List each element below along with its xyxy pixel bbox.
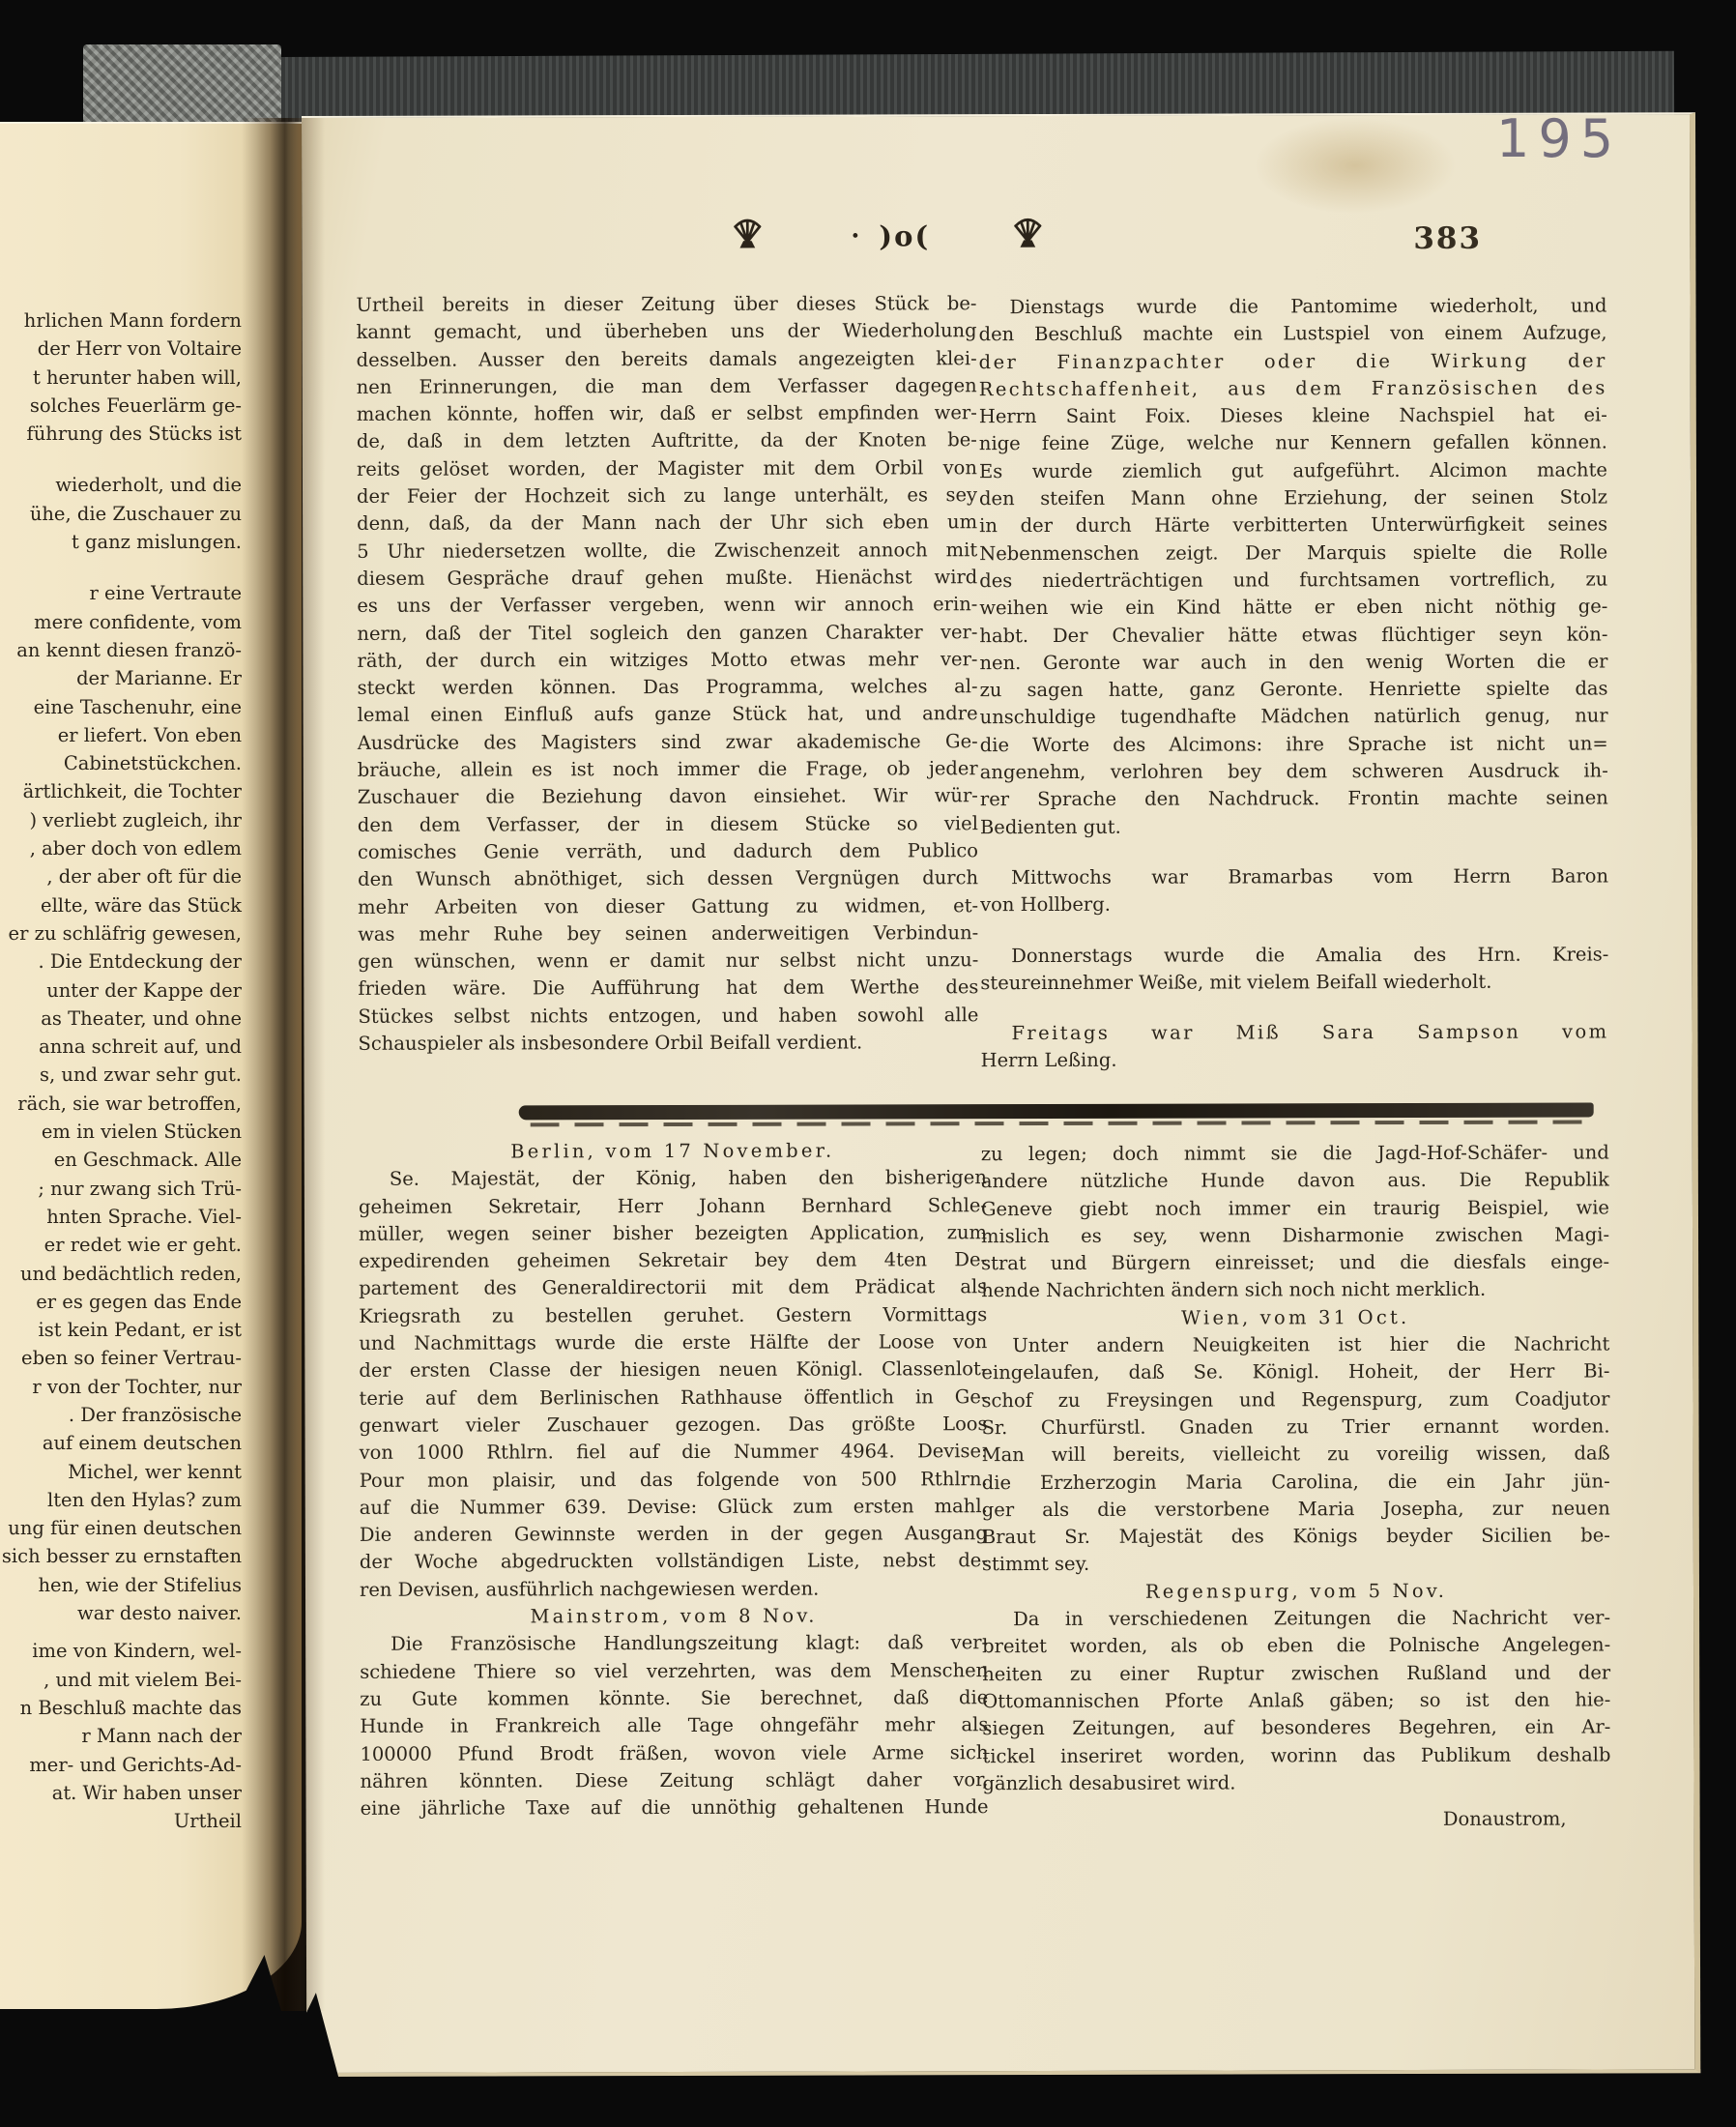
text-line: kannt gemacht, und überheben uns der Wie…: [357, 319, 977, 348]
text-line: expedirenden geheimen Sekretair bey dem …: [359, 1248, 987, 1277]
left-page-text-line: mer- und Gerichts-Ad-: [0, 1754, 246, 1782]
text-line: hende Nachrichten ändern sich noch nicht…: [981, 1278, 1609, 1307]
left-page-text-line: , aber doch von edlem: [0, 837, 246, 865]
handwritten-folio-number: 195: [1496, 108, 1690, 169]
text-line: nähren könnten. Diese Zeitung schlägt da…: [360, 1768, 988, 1797]
left-page-text-line: s, und zwar sehr gut.: [0, 1063, 246, 1092]
left-page-text-line: eben so feiner Vertrau-: [0, 1347, 246, 1375]
text-line: eine jährliche Taxe auf die unnöthig geh…: [361, 1795, 989, 1824]
header-center-mark: )o(: [879, 219, 930, 252]
left-page-text-line: em in vielen Stücken: [0, 1121, 246, 1149]
text-line: nen. Geronte war auch in den wenig Worte…: [979, 650, 1607, 679]
left-page-text-line: , der aber oft für die: [0, 865, 246, 893]
text-line: Herrn Leßing.: [981, 1048, 1609, 1077]
left-page-text-line: eine Taschenuhr, eine: [0, 696, 246, 724]
text-line: müller, wegen seiner bisher bezeigten Ap…: [359, 1221, 987, 1250]
text-line: Unter andern Neuigkeiten ist hier die Na…: [981, 1333, 1609, 1362]
text-line: diesem Gespräche drauf gehen mußte. Hien…: [357, 566, 977, 595]
text-line: ren Devisen, ausführlich nachgewiesen we…: [360, 1577, 988, 1606]
text-line: der Woche abgedruckten vollständigen Lis…: [360, 1550, 988, 1579]
left-page-text-line: und bedächtlich reden,: [0, 1263, 246, 1291]
text-line: heiten zu einer Ruptur zwischen Rußland …: [982, 1661, 1610, 1690]
shell-ornament-icon: [727, 218, 767, 256]
text-line: die Worte des Alcimons: ihre Sprache ist…: [980, 732, 1608, 761]
left-page-text-line: Michel, wer kennt: [0, 1461, 246, 1489]
text-line: Herrn Saint Foix. Dieses kleine Nachspie…: [979, 404, 1607, 433]
left-page-text-line: ist kein Pedant, er ist: [0, 1319, 246, 1347]
text-line: mehr Arbeiten von dieser Gattung zu widm…: [358, 894, 978, 923]
left-page-text-line: solches Feuerlärm ge-: [0, 394, 246, 422]
left-page-text-line: war desto naiver.: [0, 1602, 246, 1630]
left-page-text-line: sich besser zu ernstaften: [0, 1545, 246, 1573]
left-page-text-line: ühe, die Zuschauer zu: [0, 503, 246, 531]
printed-page-number: 383: [1413, 221, 1482, 256]
scanned-book-page: { "colors": { "paper_right": "#ece4cb", …: [0, 0, 1736, 2127]
left-page-text-line: ; nur zwang sich Trü-: [0, 1178, 246, 1206]
text-line: tickel inseriret worden, worinn das Publ…: [982, 1743, 1610, 1772]
text-line: rer Sprache den Nachdruck. Frontin macht…: [980, 787, 1608, 816]
left-page-text-line: er liefert. Von eben: [0, 724, 246, 752]
text-line: der Finanzpachter oder die Wirkung der: [979, 349, 1607, 378]
text-line: 100000 Pfund Brodt fräßen, wovon viele A…: [360, 1741, 988, 1770]
text-line: steureinnehmer Weiße, mit vielem Beifall…: [980, 970, 1608, 999]
left-page-text-line: r von der Tochter, nur: [0, 1376, 246, 1404]
text-line: und Nachmittags wurde die erste Hälfte d…: [359, 1330, 987, 1359]
column-1-upper: Urtheil bereits in dieser Zeitung über d…: [356, 292, 978, 1060]
text-line: die Erzherzogin Maria Carolina, die ein …: [982, 1470, 1610, 1499]
text-line: Freitags war Miß Sara Sampson vom: [980, 1021, 1608, 1050]
text-line: weihen wie ein Kind hätte er eben nicht …: [979, 596, 1607, 625]
text-line: Regenspurg, vom 5 Nov.: [982, 1579, 1610, 1608]
column-2-upper: Dienstags wurde die Pantomime wiederholt…: [978, 294, 1608, 1076]
text-line: Kriegsrath zu bestellen geruhet. Gestern…: [359, 1303, 987, 1332]
left-page-text-line: r Mann nach der: [0, 1725, 246, 1753]
text-line: von 1000 Rthlrn. fiel auf die Nummer 496…: [360, 1440, 988, 1469]
text-line: Zuschauer die Beziehung davon einsiehet.…: [358, 785, 978, 814]
left-page-text-line: räch, sie war betroffen,: [0, 1093, 246, 1121]
left-page-text-line: ) verliebt zugleich, ihr: [0, 809, 246, 837]
text-line: nen Erinnerungen, die man dem Verfasser …: [357, 374, 977, 403]
text-line: strat und Bürgern einreisset; und die di…: [981, 1251, 1609, 1280]
text-line: angenehm, verlohren bey dem schweren Aus…: [980, 760, 1608, 789]
left-page-text-line: . Die Entdeckung der: [0, 950, 246, 978]
text-line: reits gelöset worden, der Magister mit d…: [357, 456, 977, 485]
text-line: den Wunsch abnöthiget, sich dessen Vergn…: [358, 866, 978, 895]
text-line: Die Französische Handlungszeitung klagt:…: [360, 1631, 988, 1660]
left-page-text-line: t ganz mislungen.: [0, 531, 246, 559]
left-page-text-line: at. Wir haben unser: [0, 1782, 246, 1810]
left-page-text-line: ung für einen deutschen: [0, 1517, 246, 1545]
left-page-text-line: wiederholt, und die: [0, 474, 246, 502]
left-page-text-line: anna schreit auf, und: [0, 1035, 246, 1063]
left-page-text-line: r eine Vertraute: [0, 582, 246, 610]
text-line: räth, der durch ein witziges Motto etwas…: [357, 648, 977, 677]
shell-ornament-icon: [1007, 217, 1048, 255]
text-line: den steifen Mann ohne Erziehung, der sei…: [979, 486, 1607, 515]
text-line: Sr. Churfürstl. Gnaden zu Trier ernannt …: [982, 1414, 1610, 1443]
text-line: Wien, vom 31 Oct.: [981, 1305, 1609, 1334]
text-line: Hunde in Frankreich alle Tage ohngefähr …: [360, 1713, 988, 1742]
text-line: Man will bereits, vielleicht zu voreilig…: [982, 1442, 1610, 1471]
left-page-text-line: an kennt diesen franzö-: [0, 639, 246, 667]
left-page-text-line: Urtheil: [0, 1810, 246, 1838]
left-page-text-line: en Geschmack. Alle: [0, 1149, 246, 1177]
text-line: was mehr Ruhe bey seinen anderweitigen V…: [358, 921, 978, 950]
left-page-text-line: auf einem deutschen: [0, 1432, 246, 1460]
left-page-text-line: ellte, wäre das Stück: [0, 894, 246, 922]
text-line: zu legen; doch nimmt sie die Jagd-Hof-Sc…: [981, 1141, 1609, 1170]
text-line: es uns der Verfasser vergeben, wenn wir …: [357, 593, 977, 622]
text-line: Donaustrom,: [983, 1808, 1611, 1837]
text-line: ger als die verstorbene Maria Josepha, z…: [982, 1497, 1610, 1526]
text-line: der ersten Classe der hiesigen neuen Kön…: [359, 1358, 987, 1387]
text-line: gänzlich desabusiret wird.: [982, 1770, 1610, 1799]
text-line: schof zu Freysingen und Regenspurg, zum …: [981, 1387, 1609, 1416]
left-page-text-line: mere confidente, vom: [0, 611, 246, 639]
left-page-text-line: t herunter haben will,: [0, 366, 246, 394]
text-line: machen könnte, hoffen wir, daß er selbst…: [357, 401, 977, 430]
text-line: unschuldige tugendhafte Mädchen natürlic…: [980, 705, 1608, 734]
text-line: denn, daß, da der Mann nach der Uhr sich…: [357, 511, 977, 540]
text-line: von Hollberg.: [980, 892, 1608, 921]
text-line: Braut Sr. Majestät des Königs beyder Sic…: [982, 1525, 1610, 1554]
text-line: Da in verschiedenen Zeitungen die Nachri…: [982, 1607, 1610, 1636]
text-line: Geneve giebt noch immer ein traurig Beis…: [981, 1196, 1609, 1225]
text-line: andere nützliche Hunde davon aus. Die Re…: [981, 1169, 1609, 1198]
text-line: Donnerstags wurde die Amalia des Hrn. Kr…: [980, 943, 1608, 972]
header-separator-dot: ·: [851, 221, 859, 250]
text-line: mislich es sey, wenn Disharmonie zwische…: [981, 1223, 1609, 1252]
text-line: siegen Zeitungen, auf besonderes Begehre…: [982, 1716, 1610, 1745]
text-line: Ausdrücke des Magisters sind zwar akadem…: [358, 730, 978, 759]
text-line: den Beschluß machte ein Lustspiel von ei…: [979, 322, 1607, 351]
text-line: nige feine Züge, welche nur Kennern gefa…: [979, 431, 1607, 460]
left-page-text-line: Cabinetstückchen.: [0, 752, 246, 780]
text-line: geheimen Sekretair, Herr Johann Bernhard…: [359, 1194, 987, 1223]
text-line: de, daß in dem letzten Auftritte, da der…: [357, 429, 977, 458]
text-line: Berlin, vom 17 November.: [359, 1139, 987, 1168]
text-line: schiedene Thiere so viel verzehrten, was…: [360, 1659, 988, 1688]
text-line: bräuche, allein es ist noch immer die Fr…: [358, 757, 978, 786]
text-line: den dem Verfasser, der in diesem Stücke …: [358, 812, 978, 841]
text-line: der Feier der Hochzeit sich zu lange unt…: [357, 483, 977, 512]
right-page: · )o( 383 Urtheil bereits in dieser Zeit…: [302, 112, 1700, 2077]
left-page-text-line: . Der französische: [0, 1404, 246, 1432]
text-line: Se. Majestät, der König, haben den bishe…: [359, 1166, 987, 1195]
text-line: Es wurde ziemlich gut aufgeführt. Alcimo…: [979, 458, 1607, 487]
gutter-shadow: [242, 118, 325, 2011]
left-page-text-line: der Marianne. Er: [0, 667, 246, 695]
text-line: Bedienten gut.: [980, 814, 1608, 843]
left-page-text-line: ime von Kindern, wel-: [0, 1640, 246, 1668]
text-line: partement des Generaldirectorii mit dem …: [359, 1276, 987, 1305]
text-line: frieden wäre. Die Aufführung hat dem Wer…: [358, 976, 978, 1005]
text-line: Stückes selbst nichts entzogen, und habe…: [358, 1004, 978, 1033]
text-line: Mittwochs war Bramarbas vom Herrn Baron: [980, 864, 1608, 893]
text-line: terie auf dem Berlinischen Rathhause öff…: [359, 1385, 987, 1414]
text-line: desselben. Ausser den bereits damals ang…: [357, 347, 977, 376]
text-line: Ottomannischen Pforte Anlaß gäben; so is…: [982, 1688, 1610, 1717]
left-page-text-line: ärtlichkeit, die Tochter: [0, 780, 246, 808]
text-line: des niederträchtigen und furchtsamen vor…: [979, 568, 1607, 597]
text-line: auf die Nummer 639. Devise: Glück zum er…: [360, 1495, 988, 1524]
column-2-lower: zu legen; doch nimmt sie die Jagd-Hof-Sc…: [981, 1141, 1611, 1836]
left-page-text-line: er redet wie er geht.: [0, 1234, 246, 1262]
text-line: Urtheil bereits in dieser Zeitung über d…: [356, 292, 976, 321]
text-line: Schauspieler als insbesondere Orbil Beif…: [358, 1031, 978, 1060]
text-line: comisches Genie verräth, und dadurch dem…: [358, 839, 978, 868]
text-line: 5 Uhr niedersetzen wollte, die Zwischenz…: [357, 539, 977, 568]
text-line: Dienstags wurde die Pantomime wiederholt…: [978, 294, 1606, 323]
text-line: in der durch Härte verbitterten Unterwür…: [979, 513, 1607, 542]
text-line: nern, daß der Titel sogleich den ganzen …: [357, 621, 977, 650]
left-page-text-line: as Theater, und ohne: [0, 1007, 246, 1035]
text-line: zu sagen hatte, ganz Geronte. Henriette …: [980, 678, 1608, 707]
text-line: lemal einen Einfluß aufs ganze Stück hat…: [358, 703, 978, 732]
left-page-text-line: n Beschluß machte das: [0, 1697, 246, 1725]
left-page-text-line: lten den Hylas? zum: [0, 1489, 246, 1517]
section-divider-rule: [519, 1103, 1594, 1121]
text-line: habt. Der Chevalier hätte etwas flüchtig…: [979, 623, 1607, 652]
left-page-text-line: er es gegen das Ende: [0, 1291, 246, 1319]
paper-stain: [1254, 117, 1457, 215]
header-ornament-row: · )o(: [727, 216, 1307, 256]
text-line: Die anderen Gewinnste werden in der gege…: [360, 1522, 988, 1551]
column-1-lower: Berlin, vom 17 November.Se. Majestät, de…: [359, 1139, 989, 1824]
text-line: breitet worden, als ob eben die Polnisch…: [982, 1634, 1610, 1663]
text-line: genwart vieler Zuschauer gezogen. Das gr…: [360, 1413, 988, 1442]
left-page-text-line: hrlichen Mann fordern: [0, 309, 246, 337]
left-page-text-line: hnten Sprache. Viel-: [0, 1206, 246, 1234]
text-line: Rechtschaffenheit, aus dem Französischen…: [979, 376, 1607, 405]
text-line: zu Gute kommen könnte. Sie berechnet, da…: [360, 1686, 988, 1715]
left-page-text-line: führung des Stücks ist: [0, 422, 246, 451]
left-page-text-column: hrlichen Mann fordernder Herr von Voltai…: [0, 309, 246, 1876]
text-line: Pour mon plaisir, und das folgende von 5…: [360, 1468, 988, 1497]
text-line: Nebenmenschen zeigt. Der Marquis spielte…: [979, 540, 1607, 569]
text-line: steckt werden können. Das Programma, wel…: [358, 675, 978, 704]
text-line: stimmt sey.: [982, 1552, 1610, 1581]
left-page-text-line: hen, wie der Stifelius: [0, 1574, 246, 1602]
left-page-text-line: unter der Kappe der: [0, 979, 246, 1007]
text-line: gen wünschen, wenn er damit nur selbst n…: [358, 948, 978, 977]
text-line: eingelaufen, daß Se. Königl. Hoheit, der…: [981, 1360, 1609, 1389]
left-page-text-line: er zu schläfrig gewesen,: [0, 922, 246, 950]
text-line: Mainstrom, vom 8 Nov.: [360, 1604, 988, 1633]
left-page-text-line: , und mit vielem Bei-: [0, 1669, 246, 1697]
left-page-text-line: der Herr von Voltaire: [0, 337, 246, 365]
